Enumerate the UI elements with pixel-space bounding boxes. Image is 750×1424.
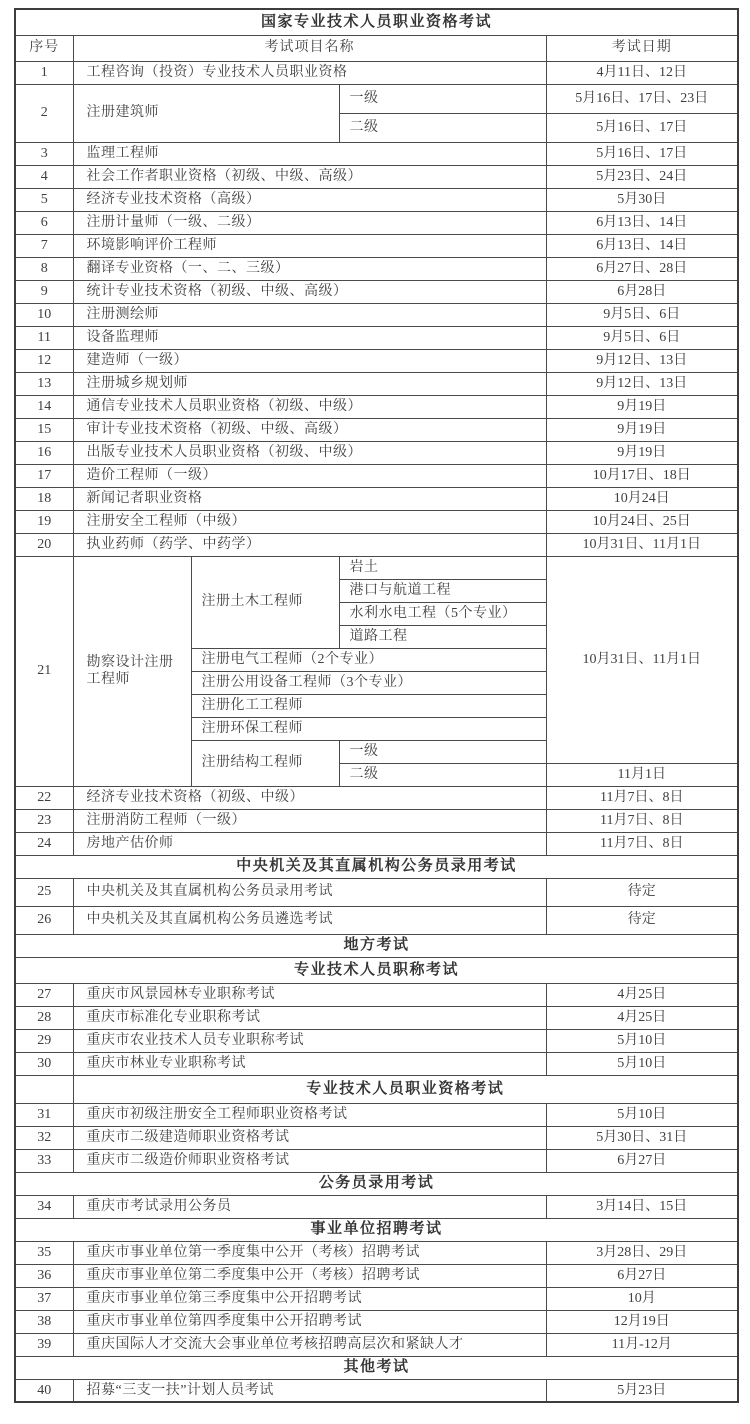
section-title-institution: 事业单位招聘考试 — [15, 1218, 738, 1241]
exam-name: 工程咨询（投资）专业技术人员职业资格 — [73, 61, 546, 84]
exam-date: 9月19日 — [546, 418, 738, 441]
row-no: 19 — [15, 510, 73, 533]
row-no: 17 — [15, 464, 73, 487]
row-no: 35 — [15, 1241, 73, 1264]
exam-name: 统计专业技术资格（初级、中级、高级） — [73, 280, 546, 303]
exam-subname: 注册环保工程师 — [191, 717, 546, 740]
section-row-local: 地方考试 — [15, 934, 738, 957]
exam-date: 10月17日、18日 — [546, 464, 738, 487]
exam-name: 房地产估价师 — [73, 832, 546, 855]
table-row: 38重庆市事业单位第四季度集中公开招聘考试12月19日 — [15, 1310, 738, 1333]
exam-name: 注册测绘师 — [73, 303, 546, 326]
row-no: 33 — [15, 1149, 73, 1172]
table-row: 7环境影响评价工程师6月13日、14日 — [15, 234, 738, 257]
row-no: 23 — [15, 809, 73, 832]
exam-schedule-table: 国家专业技术人员职业资格考试 序号 考试项目名称 考试日期 1工程咨询（投资）专… — [14, 8, 739, 1403]
exam-date: 5月30日 — [546, 188, 738, 211]
exam-subname: 注册电气工程师（2个专业） — [191, 648, 546, 671]
table-row: 21 勘察设计注册工程师 注册土木工程师 岩土 10月31日、11月1日 — [15, 556, 738, 579]
exam-name: 重庆市事业单位第三季度集中公开招聘考试 — [73, 1287, 546, 1310]
table-row: 25中央机关及其直属机构公务员录用考试待定 — [15, 878, 738, 906]
exam-name: 通信专业技术人员职业资格（初级、中级） — [73, 395, 546, 418]
exam-date: 10月24日 — [546, 487, 738, 510]
table-row: 37重庆市事业单位第三季度集中公开招聘考试10月 — [15, 1287, 738, 1310]
exam-date: 9月19日 — [546, 441, 738, 464]
exam-date: 5月23日 — [546, 1379, 738, 1402]
exam-name: 重庆市二级造价师职业资格考试 — [73, 1149, 546, 1172]
row-no: 26 — [15, 906, 73, 934]
exam-name: 重庆市二级建造师职业资格考试 — [73, 1126, 546, 1149]
table-row: 26中央机关及其直属机构公务员遴选考试待定 — [15, 906, 738, 934]
section-row-institution: 事业单位招聘考试 — [15, 1218, 738, 1241]
exam-name: 执业药师（药学、中药学） — [73, 533, 546, 556]
exam-date: 5月16日、17日 — [546, 113, 738, 142]
table-row: 18新闻记者职业资格10月24日 — [15, 487, 738, 510]
row-no: 30 — [15, 1052, 73, 1075]
section-row-other: 其他考试 — [15, 1356, 738, 1379]
exam-date: 6月28日 — [546, 280, 738, 303]
row-no: 20 — [15, 533, 73, 556]
row-no: 4 — [15, 165, 73, 188]
exam-date: 9月12日、13日 — [546, 372, 738, 395]
exam-name: 出版专业技术人员职业资格（初级、中级） — [73, 441, 546, 464]
table-row: 32重庆市二级建造师职业资格考试5月30日、31日 — [15, 1126, 738, 1149]
exam-date: 待定 — [546, 878, 738, 906]
table-row: 4社会工作者职业资格（初级、中级、高级）5月23日、24日 — [15, 165, 738, 188]
row-no: 16 — [15, 441, 73, 464]
table-row: 14通信专业技术人员职业资格（初级、中级）9月19日 — [15, 395, 738, 418]
row-no: 12 — [15, 349, 73, 372]
exam-specialty: 岩土 — [339, 556, 546, 579]
exam-subname: 注册化工工程师 — [191, 694, 546, 717]
table-row: 9统计专业技术资格（初级、中级、高级）6月28日 — [15, 280, 738, 303]
row-no: 28 — [15, 1006, 73, 1029]
table-row: 24房地产估价师11月7日、8日 — [15, 832, 738, 855]
exam-date: 6月27日 — [546, 1264, 738, 1287]
table-row: 11设备监理师9月5日、6日 — [15, 326, 738, 349]
exam-date: 待定 — [546, 906, 738, 934]
exam-date: 9月5日、6日 — [546, 303, 738, 326]
exam-date: 5月23日、24日 — [546, 165, 738, 188]
header-no: 序号 — [15, 35, 73, 61]
row-no: 38 — [15, 1310, 73, 1333]
row-no: 13 — [15, 372, 73, 395]
table-row: 10注册测绘师9月5日、6日 — [15, 303, 738, 326]
exam-date: 5月16日、17日、23日 — [546, 84, 738, 113]
table-row: 29重庆市农业技术人员专业职称考试5月10日 — [15, 1029, 738, 1052]
exam-name: 经济专业技术资格（高级） — [73, 188, 546, 211]
exam-date: 5月10日 — [546, 1052, 738, 1075]
exam-date: 9月12日、13日 — [546, 349, 738, 372]
exam-name: 重庆市初级注册安全工程师职业资格考试 — [73, 1103, 546, 1126]
exam-date: 6月27日、28日 — [546, 257, 738, 280]
exam-date: 3月28日、29日 — [546, 1241, 738, 1264]
exam-date: 6月13日、14日 — [546, 234, 738, 257]
table-row: 22经济专业技术资格（初级、中级）11月7日、8日 — [15, 786, 738, 809]
exam-date: 12月19日 — [546, 1310, 738, 1333]
exam-date: 6月13日、14日 — [546, 211, 738, 234]
exam-date: 11月7日、8日 — [546, 809, 738, 832]
exam-specialty: 水利水电工程（5个专业） — [339, 602, 546, 625]
section-title-local: 地方考试 — [15, 934, 738, 957]
exam-name: 注册安全工程师（中级） — [73, 510, 546, 533]
row-no: 32 — [15, 1126, 73, 1149]
row-no: 8 — [15, 257, 73, 280]
exam-name: 重庆国际人才交流大会事业单位考核招聘高层次和紧缺人才 — [73, 1333, 546, 1356]
table-row: 28重庆市标准化专业职称考试4月25日 — [15, 1006, 738, 1029]
section-title-central: 中央机关及其直属机构公务员录用考试 — [15, 855, 738, 878]
exam-name: 社会工作者职业资格（初级、中级、高级） — [73, 165, 546, 188]
row-no: 11 — [15, 326, 73, 349]
exam-name: 中央机关及其直属机构公务员录用考试 — [73, 878, 546, 906]
exam-level: 二级 — [339, 763, 546, 786]
exam-name: 重庆市农业技术人员专业职称考试 — [73, 1029, 546, 1052]
row-no: 22 — [15, 786, 73, 809]
row-no: 10 — [15, 303, 73, 326]
exam-name: 注册城乡规划师 — [73, 372, 546, 395]
exam-name: 环境影响评价工程师 — [73, 234, 546, 257]
exam-name: 设备监理师 — [73, 326, 546, 349]
row-no: 36 — [15, 1264, 73, 1287]
section-row-civil-recruit: 公务员录用考试 — [15, 1172, 738, 1195]
table-row: 35重庆市事业单位第一季度集中公开（考核）招聘考试3月28日、29日 — [15, 1241, 738, 1264]
exam-level: 一级 — [339, 84, 546, 113]
exam-date: 5月30日、31日 — [546, 1126, 738, 1149]
exam-date: 6月27日 — [546, 1149, 738, 1172]
exam-name: 注册消防工程师（一级） — [73, 809, 546, 832]
exam-level: 二级 — [339, 113, 546, 142]
table-row: 2 注册建筑师 一级 5月16日、17日、23日 — [15, 84, 738, 113]
section-title-other: 其他考试 — [15, 1356, 738, 1379]
row-no: 25 — [15, 878, 73, 906]
table-row: 5经济专业技术资格（高级）5月30日 — [15, 188, 738, 211]
exam-date: 4月25日 — [546, 983, 738, 1006]
row-no: 21 — [15, 556, 73, 786]
section-title-national: 国家专业技术人员职业资格考试 — [15, 9, 738, 35]
section-title-civil-recruit: 公务员录用考试 — [15, 1172, 738, 1195]
exam-subname: 注册结构工程师 — [191, 740, 339, 786]
exam-date: 5月10日 — [546, 1029, 738, 1052]
row-no: 31 — [15, 1103, 73, 1126]
table-row: 33重庆市二级造价师职业资格考试6月27日 — [15, 1149, 738, 1172]
row-no: 18 — [15, 487, 73, 510]
exam-name: 重庆市风景园林专业职称考试 — [73, 983, 546, 1006]
exam-date: 9月19日 — [546, 395, 738, 418]
row-no: 2 — [15, 84, 73, 142]
section-row-central: 中央机关及其直属机构公务员录用考试 — [15, 855, 738, 878]
section-title-prof-title: 专业技术人员职称考试 — [15, 957, 738, 983]
exam-subname: 注册土木工程师 — [191, 556, 339, 648]
exam-name: 经济专业技术资格（初级、中级） — [73, 786, 546, 809]
table-row: 34重庆市考试录用公务员3月14日、15日 — [15, 1195, 738, 1218]
row-no: 27 — [15, 983, 73, 1006]
section-row-prof-qual: 专业技术人员职业资格考试 — [15, 1075, 738, 1103]
exam-name: 中央机关及其直属机构公务员遴选考试 — [73, 906, 546, 934]
header-name: 考试项目名称 — [73, 35, 546, 61]
table-row: 40招募“三支一扶”计划人员考试5月23日 — [15, 1379, 738, 1402]
empty-cell — [15, 1075, 73, 1103]
table-row: 36重庆市事业单位第二季度集中公开（考核）招聘考试6月27日 — [15, 1264, 738, 1287]
header-date: 考试日期 — [546, 35, 738, 61]
exam-name: 注册计量师（一级、二级） — [73, 211, 546, 234]
exam-date: 5月10日 — [546, 1103, 738, 1126]
table-row: 12建造师（一级）9月12日、13日 — [15, 349, 738, 372]
exam-date: 4月11日、12日 — [546, 61, 738, 84]
exam-date: 11月7日、8日 — [546, 832, 738, 855]
section-row-prof-title: 专业技术人员职称考试 — [15, 957, 738, 983]
row-no: 9 — [15, 280, 73, 303]
exam-specialty: 港口与航道工程 — [339, 579, 546, 602]
exam-level: 一级 — [339, 740, 546, 763]
exam-name: 勘察设计注册工程师 — [73, 556, 191, 786]
exam-name: 翻译专业资格（一、二、三级） — [73, 257, 546, 280]
exam-name: 建造师（一级） — [73, 349, 546, 372]
table-row: 16出版专业技术人员职业资格（初级、中级）9月19日 — [15, 441, 738, 464]
exam-name: 注册建筑师 — [73, 84, 339, 142]
table-row: 30重庆市林业专业职称考试5月10日 — [15, 1052, 738, 1075]
section-title-prof-qual: 专业技术人员职业资格考试 — [73, 1075, 738, 1103]
exam-name: 重庆市事业单位第四季度集中公开招聘考试 — [73, 1310, 546, 1333]
exam-specialty: 道路工程 — [339, 625, 546, 648]
row-no: 7 — [15, 234, 73, 257]
table-row: 31重庆市初级注册安全工程师职业资格考试5月10日 — [15, 1103, 738, 1126]
exam-date: 4月25日 — [546, 1006, 738, 1029]
exam-date: 3月14日、15日 — [546, 1195, 738, 1218]
table-row: 17造价工程师（一级）10月17日、18日 — [15, 464, 738, 487]
row-no: 15 — [15, 418, 73, 441]
row-no: 24 — [15, 832, 73, 855]
exam-date: 10月 — [546, 1287, 738, 1310]
table-row: 8翻译专业资格（一、二、三级）6月27日、28日 — [15, 257, 738, 280]
row-no: 1 — [15, 61, 73, 84]
exam-name: 新闻记者职业资格 — [73, 487, 546, 510]
table-row: 20执业药师（药学、中药学）10月31日、11月1日 — [15, 533, 738, 556]
row-no: 3 — [15, 142, 73, 165]
exam-name: 重庆市事业单位第一季度集中公开（考核）招聘考试 — [73, 1241, 546, 1264]
table-row: 13注册城乡规划师9月12日、13日 — [15, 372, 738, 395]
exam-date: 10月31日、11月1日 — [546, 533, 738, 556]
table-row: 27重庆市风景园林专业职称考试4月25日 — [15, 983, 738, 1006]
row-no: 39 — [15, 1333, 73, 1356]
header-row: 序号 考试项目名称 考试日期 — [15, 35, 738, 61]
exam-name: 审计专业技术资格（初级、中级、高级） — [73, 418, 546, 441]
exam-date: 5月16日、17日 — [546, 142, 738, 165]
exam-name: 重庆市事业单位第二季度集中公开（考核）招聘考试 — [73, 1264, 546, 1287]
table-row: 19注册安全工程师（中级）10月24日、25日 — [15, 510, 738, 533]
table-row: 15审计专业技术资格（初级、中级、高级）9月19日 — [15, 418, 738, 441]
exam-name: 重庆市考试录用公务员 — [73, 1195, 546, 1218]
table-row: 3监理工程师5月16日、17日 — [15, 142, 738, 165]
row-no: 29 — [15, 1029, 73, 1052]
exam-name: 造价工程师（一级） — [73, 464, 546, 487]
row-no: 37 — [15, 1287, 73, 1310]
exam-name: 招募“三支一扶”计划人员考试 — [73, 1379, 546, 1402]
table-row: 39重庆国际人才交流大会事业单位考核招聘高层次和紧缺人才11月-12月 — [15, 1333, 738, 1356]
exam-date: 9月5日、6日 — [546, 326, 738, 349]
exam-subname: 注册公用设备工程师（3个专业） — [191, 671, 546, 694]
table-row: 1工程咨询（投资）专业技术人员职业资格4月11日、12日 — [15, 61, 738, 84]
section-row-national: 国家专业技术人员职业资格考试 — [15, 9, 738, 35]
row-no: 5 — [15, 188, 73, 211]
row-no: 6 — [15, 211, 73, 234]
exam-name: 重庆市标准化专业职称考试 — [73, 1006, 546, 1029]
row-no: 14 — [15, 395, 73, 418]
exam-date: 11月-12月 — [546, 1333, 738, 1356]
exam-date: 10月24日、25日 — [546, 510, 738, 533]
exam-name: 重庆市林业专业职称考试 — [73, 1052, 546, 1075]
table-row: 23注册消防工程师（一级）11月7日、8日 — [15, 809, 738, 832]
exam-name: 监理工程师 — [73, 142, 546, 165]
table-row: 6注册计量师（一级、二级）6月13日、14日 — [15, 211, 738, 234]
exam-date: 11月1日 — [546, 763, 738, 786]
exam-date: 11月7日、8日 — [546, 786, 738, 809]
row-no: 40 — [15, 1379, 73, 1402]
exam-date: 10月31日、11月1日 — [546, 556, 738, 763]
row-no: 34 — [15, 1195, 73, 1218]
